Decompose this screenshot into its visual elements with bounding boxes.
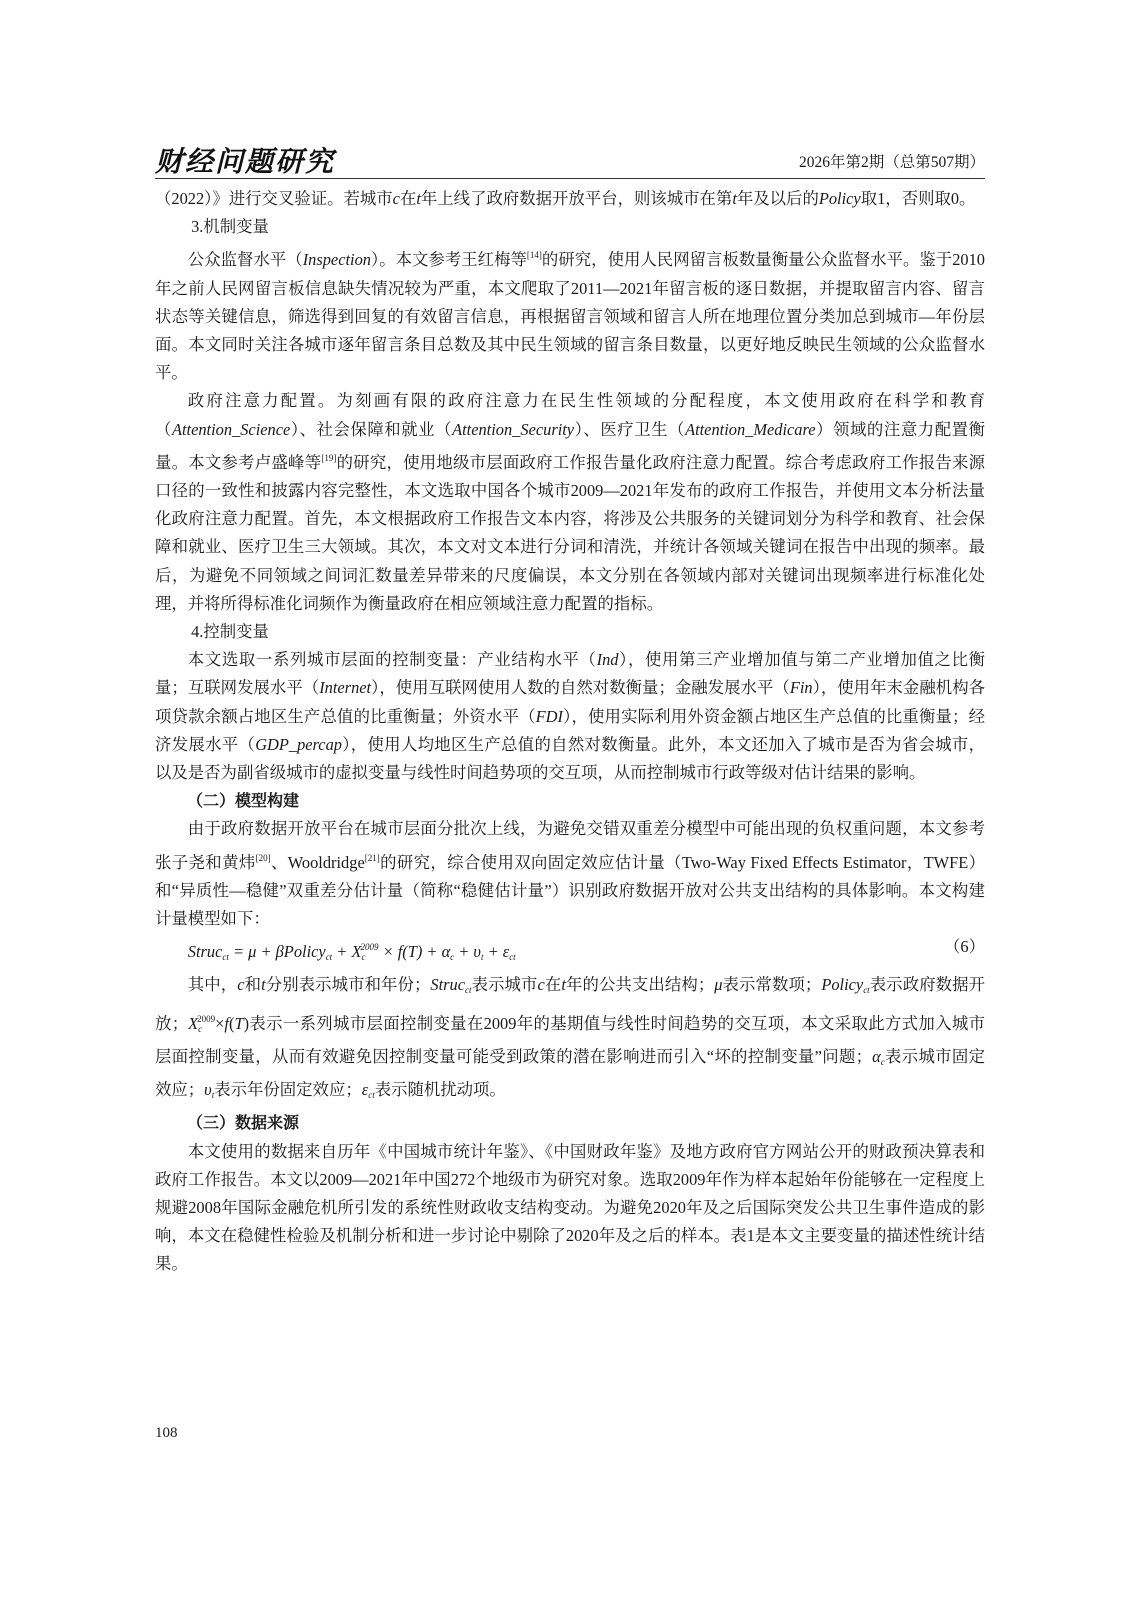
issue-info: 2026年第2期（总第507期） [799, 150, 985, 172]
journal-title: 财经问题研究 [155, 140, 335, 180]
paragraph-continuation: （2022）》进行交叉验证。若城市c在t年上线了政府数据开放平台，则该城市在第t… [155, 185, 985, 213]
section-heading-model: （二）模型构建 [155, 787, 985, 815]
paper-page: 财经问题研究 2026年第2期（总第507期） （2022）》进行交叉验证。若城… [155, 140, 985, 1279]
paragraph-inspection: 公众监督水平（Inspection）。本文参考王红梅等[14]的研究，使用人民网… [155, 241, 985, 387]
paragraph-model: 由于政府数据开放平台在城市层面分批次上线，为避免交错双重差分模型中可能出现的负权… [155, 815, 985, 933]
section-heading-data-source: （三）数据来源 [155, 1109, 985, 1137]
paragraph-attention: 政府注意力配置。为刻画有限的政府注意力在民生性领域的分配程度，本文使用政府在科学… [155, 387, 985, 618]
subheading-mechanism-variables: 3.机制变量 [155, 213, 985, 241]
equation-body: Strucct = μ + βPolicyct + Xc2009 × f(T) … [188, 933, 516, 971]
running-header: 财经问题研究 2026年第2期（总第507期） [155, 140, 985, 179]
paragraph-controls: 本文选取一系列城市层面的控制变量：产业结构水平（Ind），使用第三产业增加值与第… [155, 646, 985, 787]
subheading-control-variables: 4.控制变量 [155, 618, 985, 646]
paragraph-data-source: 本文使用的数据来自历年《中国城市统计年鉴》、《中国财政年鉴》及地方政府官方网站公… [155, 1138, 985, 1279]
equation-number: （6） [944, 933, 985, 971]
paragraph-equation-explanation: 其中，c和t分别表示城市和年份；Strucct表示城市c在t年的公共支出结构；μ… [155, 971, 985, 1109]
equation-6: Strucct = μ + βPolicyct + Xc2009 × f(T) … [155, 933, 985, 971]
page-number: 108 [155, 1425, 178, 1442]
article-body: （2022）》进行交叉验证。若城市c在t年上线了政府数据开放平台，则该城市在第t… [155, 185, 985, 1279]
